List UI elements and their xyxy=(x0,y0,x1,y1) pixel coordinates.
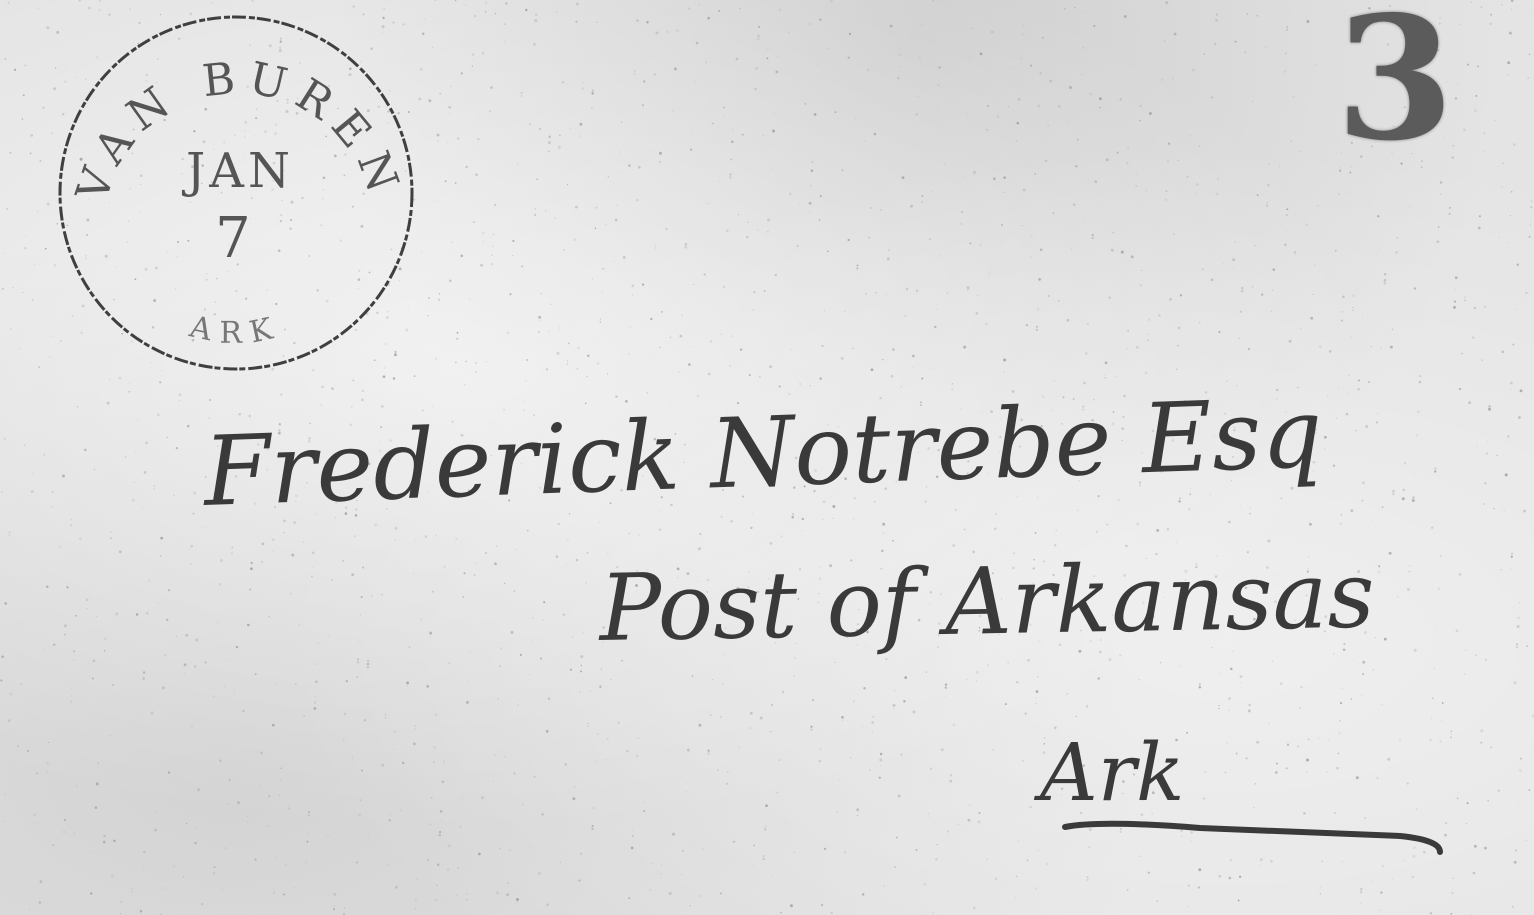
envelope: VAN BUREN ARK JAN 7 3 Frederick Notrebe … xyxy=(0,0,1534,915)
address-line-3: Ark xyxy=(1033,726,1185,819)
address-line-2: Post of Arkansas xyxy=(597,541,1376,662)
address-line-1: Frederick Notrebe Esq xyxy=(200,377,1325,528)
address-block: Frederick Notrebe Esq Post of Arkansas A… xyxy=(0,0,1534,915)
underline-flourish xyxy=(1065,824,1440,852)
